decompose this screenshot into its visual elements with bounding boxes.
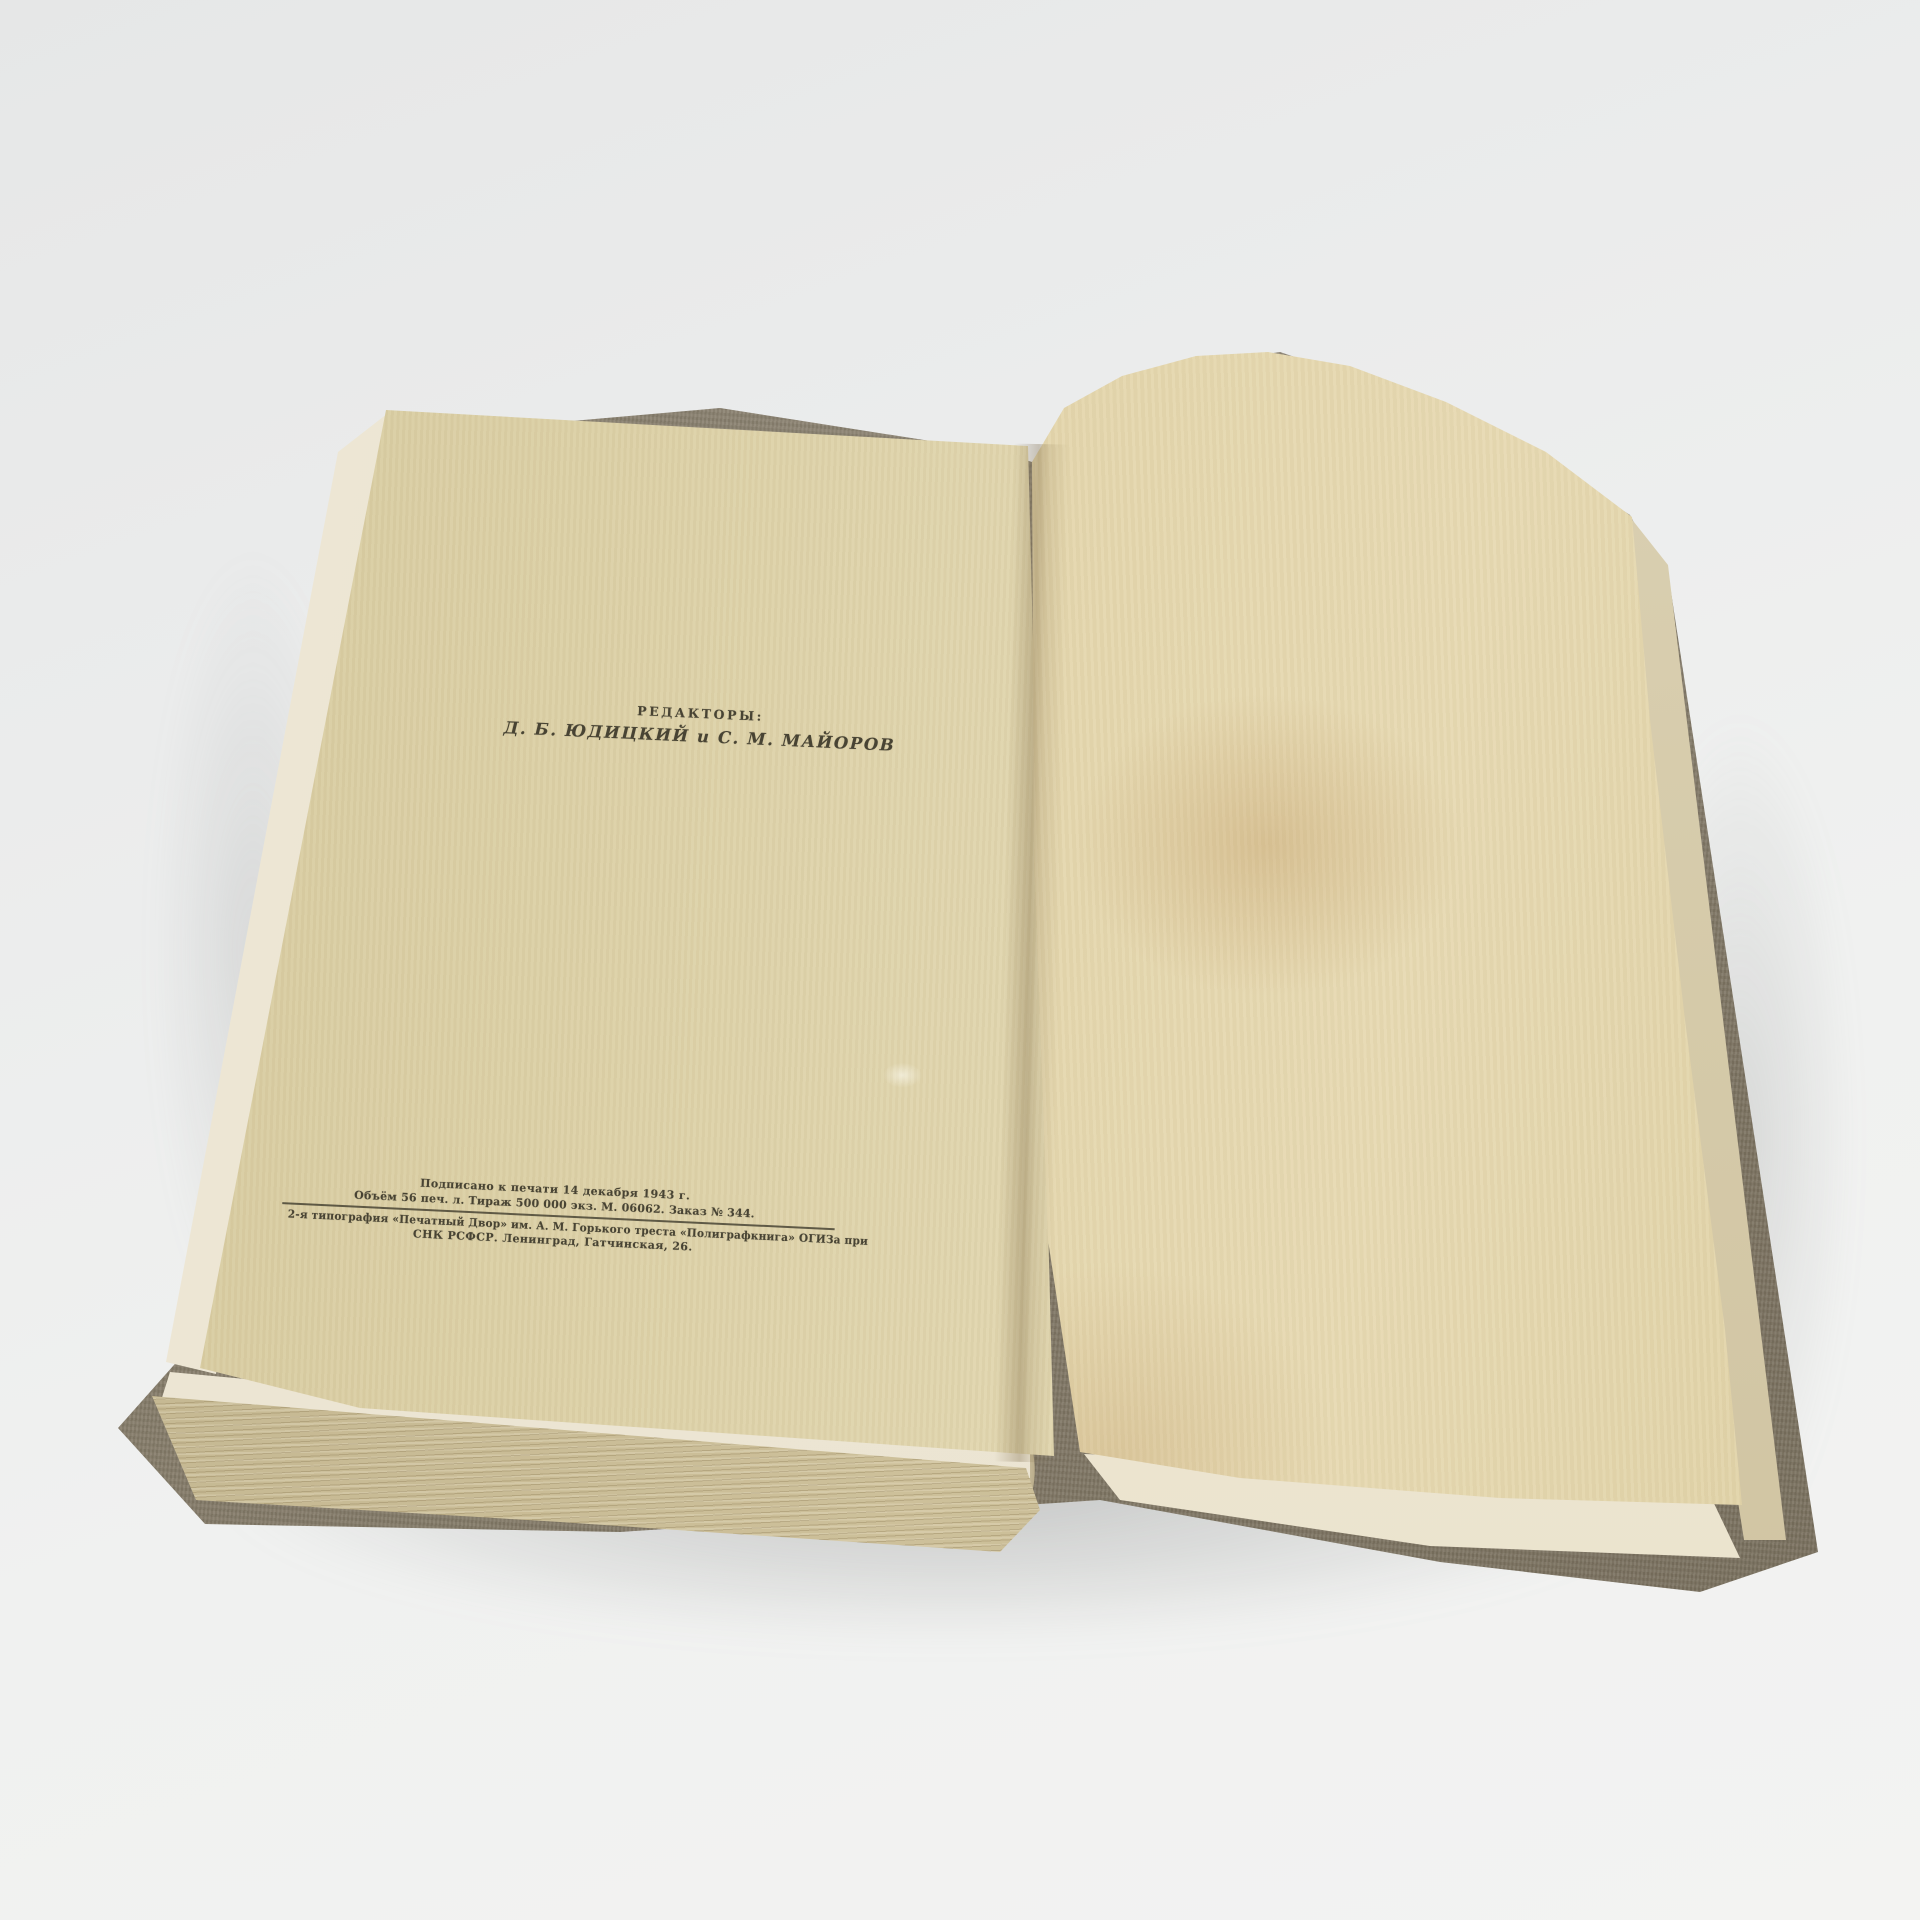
photo-scene: РЕДАКТОРЫ: Д. Б. ЮДИЦКИЙ и С. М. МАЙОРОВ… (0, 0, 1920, 1920)
